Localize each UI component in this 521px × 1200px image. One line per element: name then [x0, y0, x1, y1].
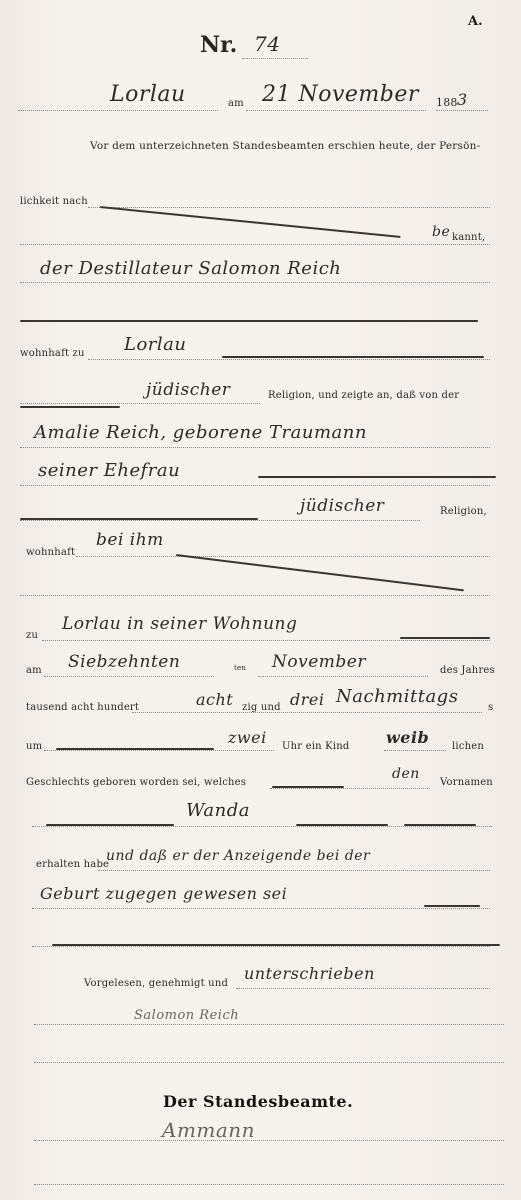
- remark-line-3-strike: [52, 944, 500, 946]
- record-number-value: 74: [254, 32, 280, 56]
- record-number-line: [242, 58, 308, 59]
- birth-month: November: [272, 652, 366, 672]
- erhalten-label: erhalten habe: [36, 859, 109, 870]
- registrar-signature: Ammann: [162, 1118, 255, 1142]
- hour-strike: [56, 748, 214, 750]
- mother-line-1: [20, 447, 490, 448]
- den-value: den: [392, 766, 420, 782]
- mother-relation: seiner Ehefrau: [38, 460, 180, 481]
- registration-date: 21 November: [262, 82, 419, 107]
- blank-line-2: [20, 595, 490, 596]
- vorgelesen-line: [236, 988, 490, 989]
- form-type-mark: A.: [468, 14, 483, 29]
- am-label: am: [228, 98, 244, 109]
- vorgelesen-value: unterschrieben: [244, 964, 375, 983]
- mother-religion: jüdischer: [300, 496, 384, 516]
- strike-through-lichkeit: [100, 206, 401, 238]
- wohnhaft-label: wohnhaft: [26, 547, 75, 558]
- year-suffix: 3: [457, 90, 468, 109]
- registrar-signature-line: [34, 1140, 504, 1141]
- s-suffix: s: [488, 702, 493, 713]
- year-words-line: [132, 712, 482, 713]
- informant-signature: Salomon Reich: [134, 1008, 239, 1023]
- child-sex: weib: [386, 728, 429, 747]
- remark-line-3: [32, 946, 490, 947]
- child-name-strike-3: [404, 824, 476, 826]
- vornamen-label: Vornamen: [440, 777, 493, 788]
- birth-hour: zwei: [228, 728, 267, 747]
- geschlechts-label: Geschlechts geboren worden sei, welches: [26, 777, 246, 788]
- wohnhaft-zu-line: [88, 359, 490, 360]
- child-name-line: [32, 826, 492, 827]
- bekannt-handwritten: be: [432, 224, 450, 240]
- birth-place: Lorlau in seiner Wohnung: [62, 614, 297, 634]
- mother-line-2-strike: [258, 476, 496, 478]
- registrar-title: Der Standesbeamte.: [163, 1092, 353, 1111]
- zu-line: [42, 640, 490, 641]
- remark-line-2-strike: [424, 905, 480, 907]
- informant-residence: Lorlau: [124, 334, 186, 355]
- wohnhaft-zu-label: wohnhaft zu: [20, 348, 85, 359]
- um-label: um: [26, 741, 42, 752]
- lichkeit-line: [88, 207, 490, 208]
- hour-line: [44, 750, 274, 751]
- blank-line-4: [34, 1184, 504, 1185]
- date-line: [246, 110, 426, 111]
- den-line: [270, 788, 430, 789]
- den-strike: [272, 786, 344, 788]
- religion-2-line: [20, 520, 420, 521]
- wohnhaft-strike: [176, 554, 464, 591]
- mother-residence: bei ihm: [96, 530, 164, 550]
- am-birth-label: am: [26, 665, 42, 676]
- uhr-label: Uhr ein Kind: [282, 741, 349, 752]
- place-line: [18, 110, 218, 111]
- registration-place: Lorlau: [110, 82, 186, 107]
- informant-line: [20, 282, 490, 283]
- informant-name: der Destillateur Salomon Reich: [40, 258, 341, 279]
- lichkeit-label: lichkeit nach: [20, 196, 88, 207]
- zu-strike: [400, 637, 490, 639]
- birth-day-line: [44, 676, 214, 677]
- time-of-day: Nachmittags: [336, 686, 458, 707]
- remark-line-1-text: und daß er der Anzeigende bei der: [106, 848, 370, 864]
- religion-1-text: Religion, und zeigte an, daß von der: [268, 390, 459, 401]
- remark-line-2-text: Geburt zugegen gewesen sei: [40, 884, 287, 903]
- religion-2-label: Religion,: [440, 506, 487, 517]
- residence-strike-line: [222, 356, 484, 358]
- tausend-label: tausend acht hundert: [26, 702, 139, 713]
- blank-line-1: [20, 244, 490, 245]
- mother-name: Amalie Reich, geborene Traumann: [34, 422, 367, 443]
- child-name-strike-1: [46, 824, 174, 826]
- informant-signature-line: [34, 1024, 504, 1025]
- sex-line: [384, 750, 446, 751]
- bekannt-label: kannt,: [452, 232, 485, 243]
- informant-strike-line: [20, 320, 478, 322]
- birth-day: Siebzehnten: [68, 652, 180, 672]
- zig-und-label: zig und: [242, 702, 281, 713]
- wohnhaft-line: [76, 556, 490, 557]
- year-line: [436, 110, 488, 111]
- zu-label: zu: [26, 630, 38, 641]
- remark-line-2: [32, 908, 490, 909]
- religion-2-strike: [20, 518, 258, 520]
- religion-1-line: [20, 403, 260, 404]
- des-jahres-label: des Jahres: [440, 665, 495, 676]
- mother-line-2: [20, 485, 490, 486]
- child-first-name: Wanda: [186, 800, 250, 821]
- religion-1-strike: [20, 406, 120, 408]
- vorgelesen-label: Vorgelesen, genehmigt und: [84, 978, 228, 989]
- year-prefix: 188: [436, 96, 458, 109]
- record-number-label: Nr.: [200, 32, 237, 58]
- birth-month-line: [258, 676, 428, 677]
- ten-suffix: ten: [234, 664, 246, 672]
- blank-line-3: [34, 1062, 504, 1063]
- intro-text: Vor dem unterzeichneten Standesbeamten e…: [90, 140, 480, 152]
- birth-register-page: A. Nr. 74 Lorlau am 21 November 188 3 Vo…: [0, 0, 521, 1200]
- child-name-strike-2: [296, 824, 388, 826]
- lichen-label: lichen: [452, 741, 484, 752]
- remark-line-1: [98, 870, 490, 871]
- year-units: drei: [290, 690, 324, 709]
- informant-religion: jüdischer: [146, 380, 230, 400]
- year-tens: acht: [196, 690, 233, 709]
